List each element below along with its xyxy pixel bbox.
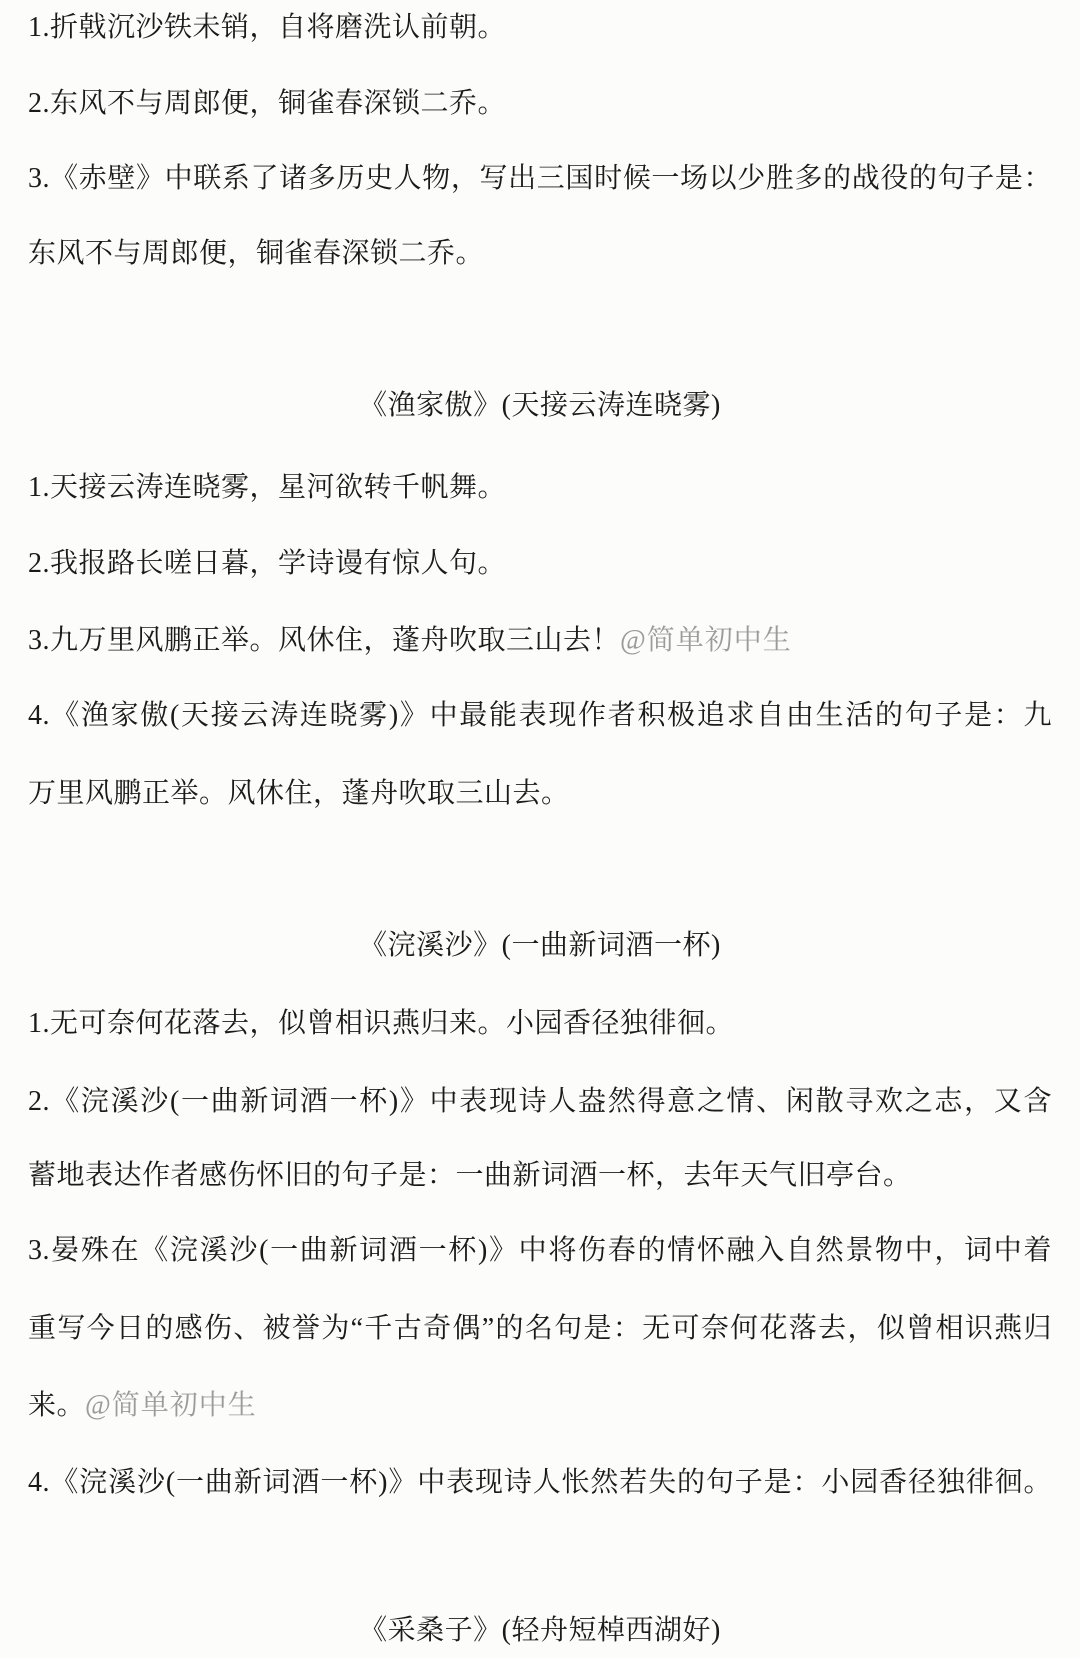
answer-line-yujiaao-4: 万里风鹏正举。风休住，蓬舟吹取三山去。 bbox=[28, 778, 570, 810]
answer-line-huanxisha-2: 蓄地表达作者感伤怀旧的句子是：一曲新词酒一杯，去年天气旧亭台。 bbox=[28, 1160, 912, 1192]
section-heading-huanxisha: 《浣溪沙》(一曲新词酒一杯) bbox=[0, 930, 1080, 962]
watermark-text: @简单初中生 bbox=[85, 1390, 257, 1421]
question-line-huanxisha-3a: 3.晏殊在《浣溪沙(一曲新词酒一杯)》中将伤春的情怀融入自然景物中，词中着 bbox=[28, 1235, 1052, 1267]
poem-line-chibi-2: 2.东风不与周郎便，铜雀春深锁二乔。 bbox=[28, 88, 506, 120]
document-page: 1.折戟沉沙铁未销，自将磨洗认前朝。 2.东风不与周郎便，铜雀春深锁二乔。 3.… bbox=[0, 0, 1080, 1658]
poem-line-text: 3.九万里风鹏正举。风休住，蓬舟吹取三山去！ bbox=[28, 625, 620, 656]
question-line-huanxisha-4: 4.《浣溪沙(一曲新词酒一杯)》中表现诗人怅然若失的句子是：小园香径独徘徊。 bbox=[28, 1467, 1052, 1499]
section-heading-caisangzi: 《采桑子》(轻舟短棹西湖好) bbox=[0, 1615, 1080, 1647]
poem-line-yujiaao-2: 2.我报路长嗟日暮，学诗谩有惊人句。 bbox=[28, 548, 506, 580]
poem-line-yujiaao-3: 3.九万里风鹏正举。风休住，蓬舟吹取三山去！@简单初中生 bbox=[28, 625, 792, 657]
watermark-text: @简单初中生 bbox=[620, 625, 792, 656]
poem-line-huanxisha-1: 1.无可奈何花落去，似曾相识燕归来。小园香径独徘徊。 bbox=[28, 1008, 734, 1040]
poem-line-chibi-1: 1.折戟沉沙铁未销，自将磨洗认前朝。 bbox=[28, 12, 506, 44]
question-line-yujiaao-4: 4.《渔家傲(天接云涛连晓雾)》中最能表现作者积极追求自由生活的句子是：九 bbox=[28, 700, 1052, 732]
section-heading-yujiaao: 《渔家傲》(天接云涛连晓雾) bbox=[0, 390, 1080, 422]
answer-line-chibi-3: 东风不与周郎便，铜雀春深锁二乔。 bbox=[28, 238, 484, 270]
question-line-huanxisha-3b: 重写今日的感伤、被誉为“千古奇偶”的名句是：无可奈何花落去，似曾相识燕归 bbox=[28, 1313, 1052, 1345]
poem-line-yujiaao-1: 1.天接云涛连晓雾，星河欲转千帆舞。 bbox=[28, 472, 506, 504]
poem-line-text: 来。 bbox=[28, 1390, 85, 1421]
question-line-huanxisha-2: 2.《浣溪沙(一曲新词酒一杯)》中表现诗人盎然得意之情、闲散寻欢之志，又含 bbox=[28, 1086, 1052, 1118]
question-line-chibi-3: 3.《赤壁》中联系了诸多历史人物，写出三国时候一场以少胜多的战役的句子是： bbox=[28, 163, 1052, 195]
answer-line-huanxisha-3: 来。@简单初中生 bbox=[28, 1390, 257, 1422]
